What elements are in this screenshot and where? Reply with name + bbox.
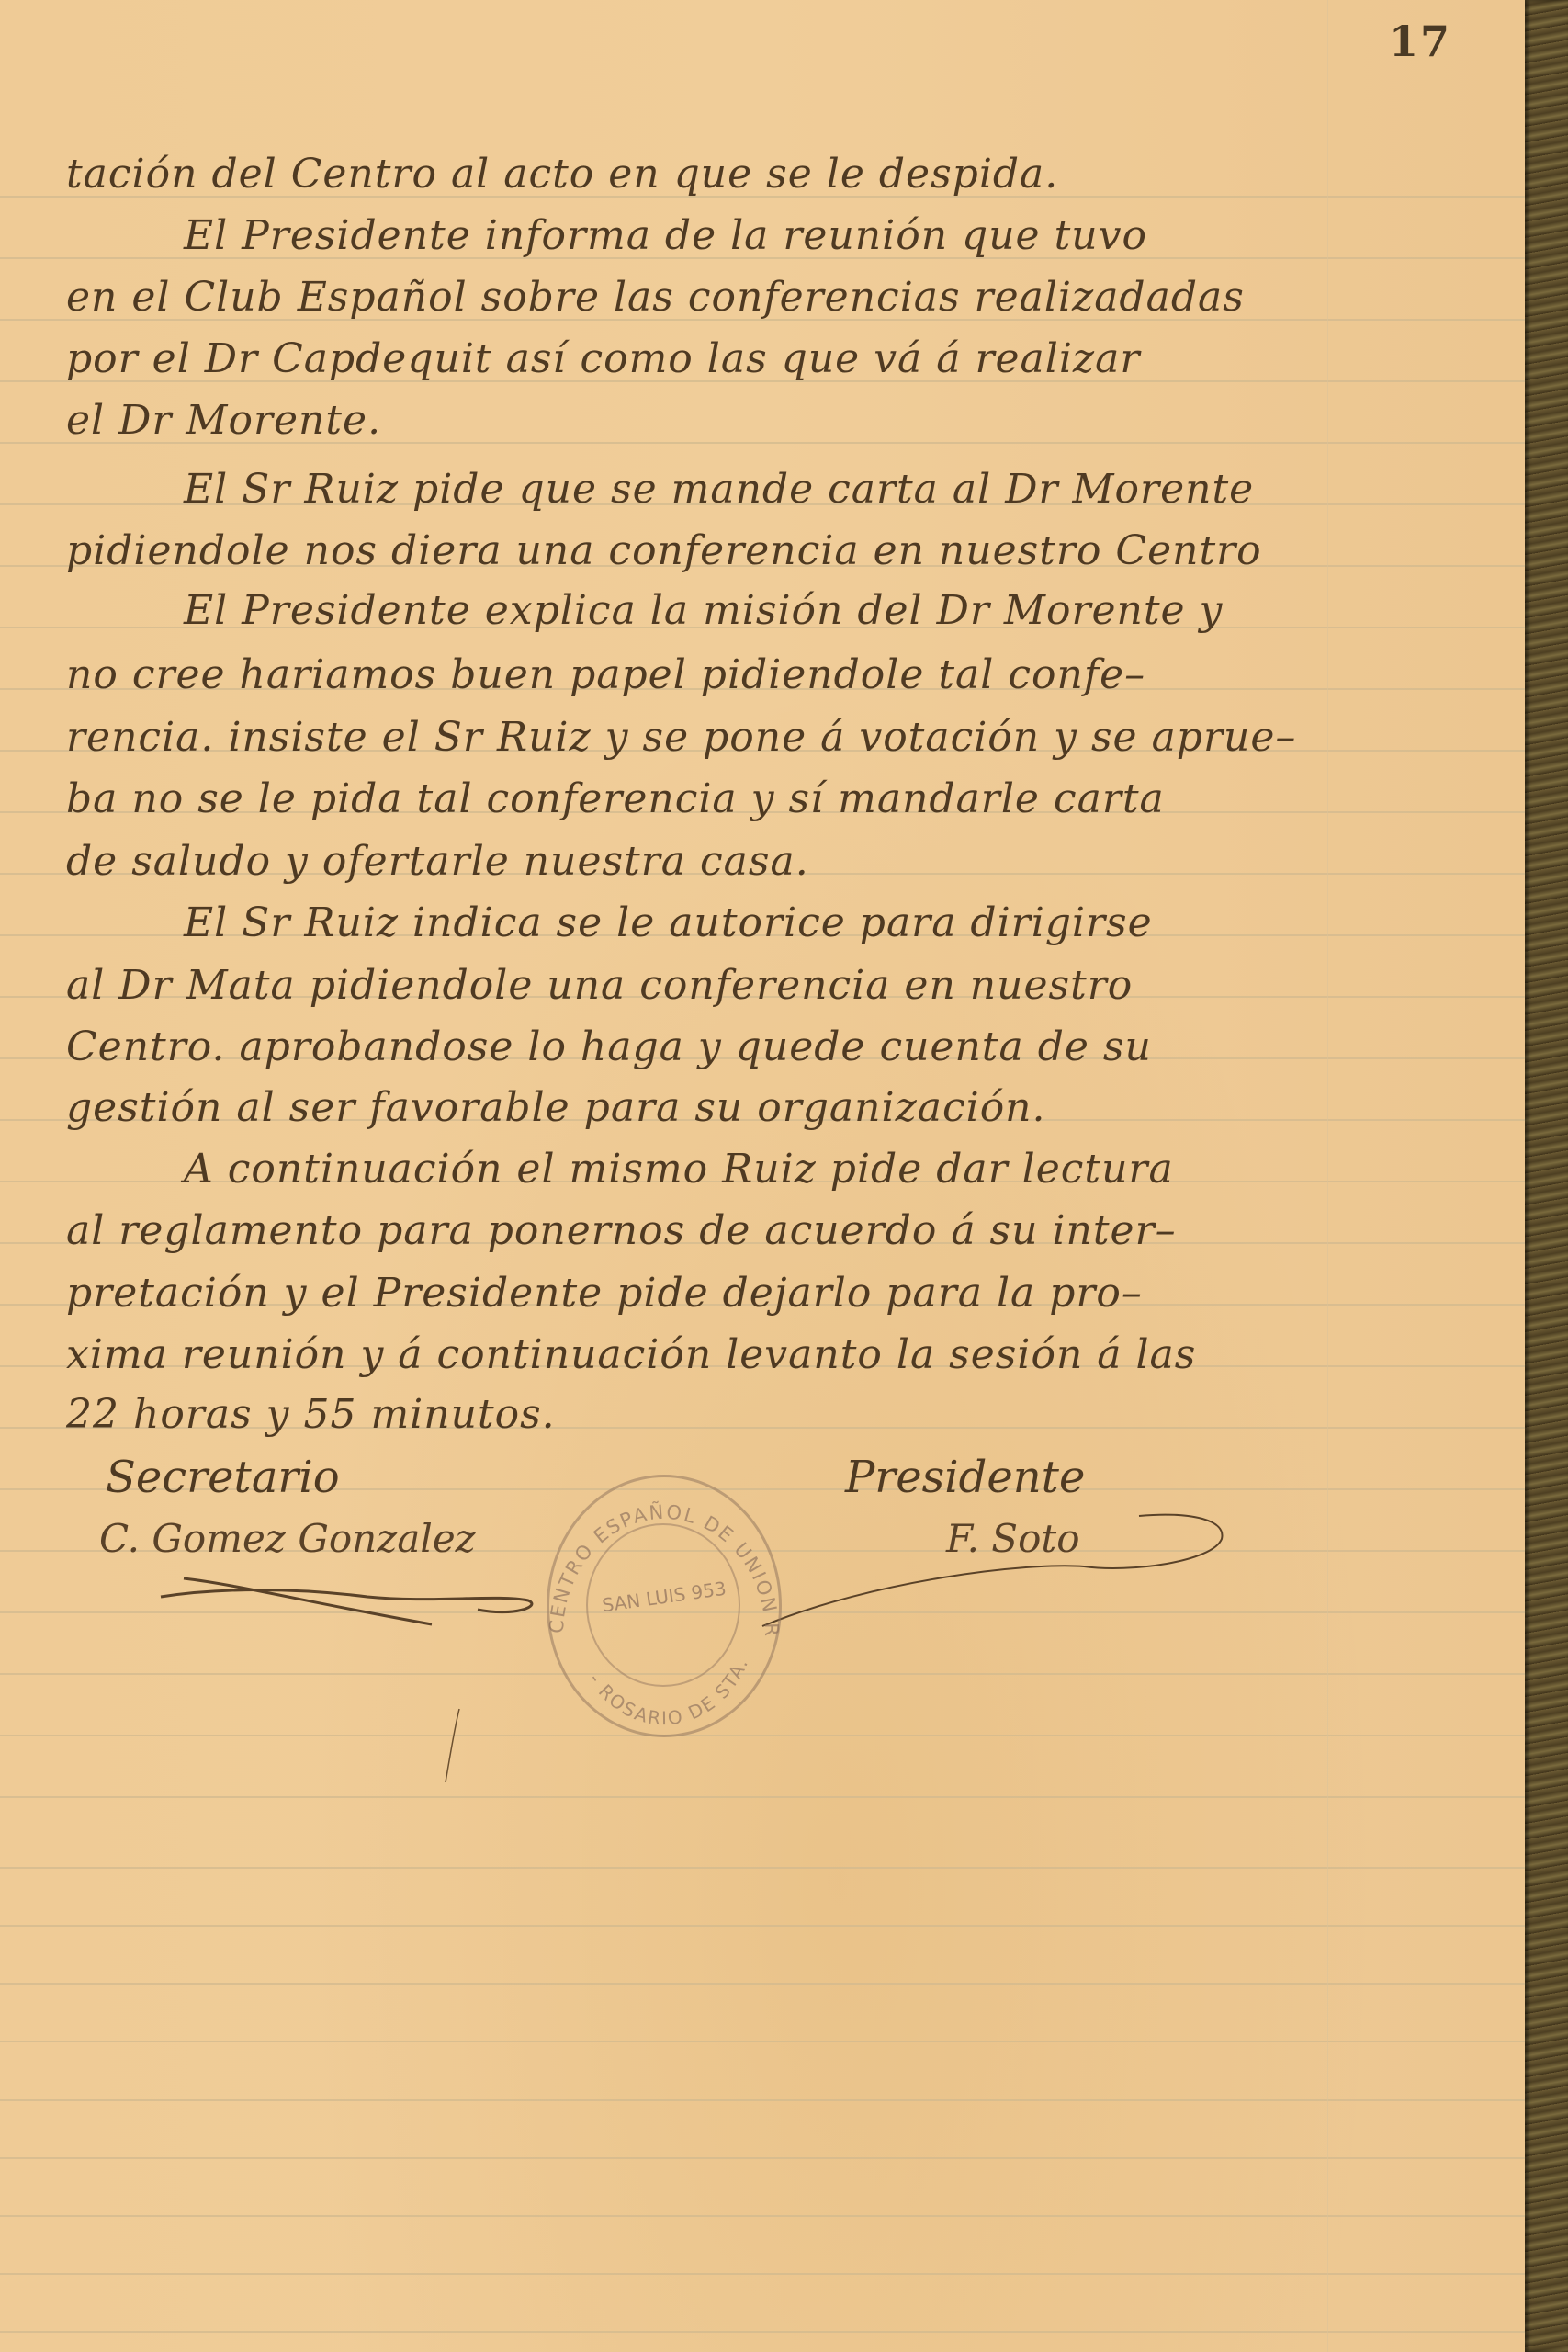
svg-text:CENTRO ESPAÑOL DE UNION REPUBL: CENTRO ESPAÑOL DE UNION REPUBLICANA <box>522 1450 783 1638</box>
stamp-ring-top-text: CENTRO ESPAÑOL DE UNION REPUBLICANA <box>522 1450 783 1638</box>
signature-flourishes-icon <box>0 0 1525 2352</box>
ledger-page: 17 tación del Centro al acto en que se l… <box>0 0 1525 2352</box>
organization-stamp: SAN LUIS 953 CENTRO ESPAÑOL DE UNION REP… <box>547 1475 782 1737</box>
stamp-ring-icon: CENTRO ESPAÑOL DE UNION REPUBLICANA - RO… <box>522 1450 807 1762</box>
book-binding <box>1525 0 1568 2352</box>
